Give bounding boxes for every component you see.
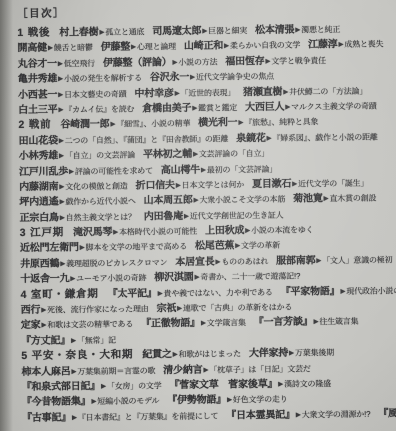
arrow-icon: ▶: [340, 288, 345, 295]
arrow-icon: ▶: [283, 88, 288, 95]
arrow-icon: ▶: [227, 397, 232, 404]
arrow-icon: ▶: [91, 398, 96, 405]
entry-name: 『日本霊異記』: [226, 409, 295, 421]
entry-desc: ユーモア小説の奇跡: [76, 274, 146, 284]
entry-desc: 低空飛行: [64, 59, 95, 68]
arrow-icon: ▶: [190, 74, 195, 81]
arrow-icon: ▶: [289, 350, 294, 357]
arrow-icon: ▶: [265, 58, 270, 65]
arrow-icon: ▶: [193, 151, 198, 158]
arrow-icon: ▶: [60, 260, 65, 267]
entry-name: 伊藤整: [101, 42, 131, 53]
arrow-icon: ▶: [58, 60, 63, 67]
arrow-icon: ▶: [71, 337, 76, 344]
toc-entry: 菊池寛▶直木賞の創設: [293, 188, 376, 206]
entry-desc: 日本文藝史の奇蹟: [64, 89, 127, 99]
entry-name: 坪内逍遙: [19, 197, 58, 208]
entry-desc: 和歌がはじまった: [178, 349, 241, 359]
arrow-icon: ▶: [110, 121, 115, 128]
arrow-icon: ▶: [59, 153, 64, 160]
entry-desc: 大衆文学の淵源か!?: [302, 409, 371, 419]
arrow-icon: ▶: [176, 182, 181, 189]
arrow-icon: ▶: [48, 45, 53, 52]
arrow-icon: ▶: [203, 366, 208, 373]
entry-desc: 文化の模倣と創造: [65, 182, 128, 192]
entry-name: 平林初之輔: [143, 149, 192, 161]
arrow-icon: ▶: [113, 229, 118, 236]
entry-name: 定家: [21, 320, 41, 331]
arrow-icon: ▶: [339, 41, 344, 48]
arrow-icon: ▶: [177, 305, 182, 312]
entry-desc: 「文人」意識の極初: [322, 255, 392, 265]
arrow-icon: ▶: [131, 44, 136, 51]
arrow-icon: ▶: [235, 243, 240, 250]
arrow-icon: ▶: [194, 197, 199, 204]
entry-desc: 近代文学論争史の焦点: [196, 72, 274, 82]
entry-name: 白土三平: [18, 104, 57, 115]
entry-name: 菊池寛: [293, 194, 323, 205]
toc-entry: 『方丈記』▶「無常」記: [21, 330, 116, 348]
entry-desc: 最初の「文芸評論」: [207, 164, 277, 174]
entry-name: 『風土記』: [378, 408, 396, 420]
arrow-icon: ▶: [215, 258, 220, 265]
entry-name: 大伴家持: [249, 348, 288, 359]
arrow-icon: ▶: [175, 90, 180, 97]
arrow-icon: ▶: [158, 290, 163, 297]
arrow-icon: ▶: [71, 368, 76, 375]
entry-desc: 孤立と通底: [105, 27, 144, 36]
arrow-icon: ▶: [70, 276, 75, 283]
arrow-icon: ▶: [195, 274, 200, 281]
arrow-icon: ▶: [192, 105, 197, 112]
arrow-icon: ▶: [295, 27, 300, 34]
arrow-icon: ▶: [59, 137, 64, 144]
arrow-icon: ▶: [267, 135, 272, 142]
arrow-icon: ▶: [296, 411, 301, 418]
entry-desc: 成熟と喪失: [344, 40, 383, 49]
entry-desc: 濁悪と純正: [301, 25, 340, 34]
entry-desc: 短編小説のモデル: [97, 397, 159, 407]
arrow-icon: ▶: [201, 320, 206, 327]
arrow-icon: ▶: [58, 91, 63, 98]
entry-name: 紀貫之: [142, 349, 172, 360]
entry-desc: 「自立」の文芸評論: [65, 151, 135, 161]
arrow-icon: ▶: [292, 180, 297, 187]
entry-name: 谷沢永一: [150, 72, 189, 83]
entry-desc: 文学箴言集: [207, 319, 246, 328]
arrow-icon: ▶: [245, 227, 250, 234]
entry-desc: 『細雪』、小説の精華: [116, 119, 190, 129]
arrow-icon: ▶: [201, 166, 206, 173]
entry-desc: 「女房」の文学: [107, 381, 162, 391]
entry-desc: 好色文学の走り: [233, 395, 288, 405]
entry-desc: 万葉集前期＝言霊の歌: [77, 366, 155, 376]
entry-desc: 往生箴言集: [319, 317, 358, 326]
entry-name: 開高健: [17, 43, 47, 54]
toc-entry: 『日本霊異記』▶大衆文学の淵源か!?: [226, 403, 370, 422]
entry-desc: 日本文学とは何か: [182, 180, 245, 190]
entry-desc: 奇書か、二十一歳で遊蕩記!?: [200, 272, 300, 282]
entry-name: 横光利一: [198, 118, 237, 129]
arrow-icon: ▶: [224, 43, 229, 50]
entry-desc: 自然主義文学とは？: [66, 212, 136, 222]
entry-desc: 文学の革新: [241, 241, 280, 250]
entry-desc: 万葉集後期: [295, 348, 334, 357]
toc-entry: 『正徹物語』▶文学箴言集: [141, 313, 246, 331]
entry-desc: 巨器と細実: [208, 26, 247, 35]
entry-desc: 漢詩文の隆盛: [284, 379, 331, 389]
arrow-icon: ▶: [202, 28, 207, 35]
arrow-icon: ▶: [278, 381, 283, 388]
entry-desc: 小説の発生を解析する: [64, 74, 142, 84]
table-of-contents: ［目次］ 1 戦後村上春樹▶孤立と通底司馬遼太郎▶巨器と細実松本清張▶濁悪と純正…: [17, 1, 396, 424]
arrow-icon: ▶: [172, 59, 177, 66]
entry-desc: 文芸評論の「自立」: [199, 149, 269, 159]
entry-name: 『正徹物語』: [141, 318, 200, 330]
entry-name: 正宗白鳥: [20, 212, 59, 223]
entry-desc: マルクス主義文学の奇蹟: [291, 102, 377, 112]
toc-lines: 1 戦後村上春樹▶孤立と通底司馬遼太郎▶巨器と細実松本清張▶濁悪と純正開高健▶饒…: [17, 19, 396, 424]
entry-desc: 脚本を文学の地平まで高める: [86, 242, 188, 252]
toc-entry: 江藤淳▶成熟と喪失: [308, 34, 383, 52]
entry-name: 江藤淳: [308, 39, 338, 50]
entry-name: 小林秀雄: [19, 151, 58, 162]
arrow-icon: ▶: [285, 104, 290, 111]
entry-desc: 饒舌と暗鬱: [54, 43, 93, 52]
arrow-icon: ▶: [58, 76, 63, 83]
book-page-photo: ［目次］ 1 戦後村上春樹▶孤立と通底司馬遼太郎▶巨器と細実松本清張▶濁悪と純正…: [0, 0, 396, 431]
entry-desc: 「近世的表現」: [180, 88, 235, 98]
arrow-icon: ▶: [72, 414, 77, 421]
arrow-icon: ▶: [59, 183, 64, 190]
section-label: 2 戦前: [18, 119, 51, 131]
entry-desc: 『カムイ伝』を読む: [64, 105, 134, 115]
arrow-icon: ▶: [238, 120, 243, 127]
entry-desc: 直木賞の創設: [329, 194, 376, 204]
toc-entry: 『古事記』▶『日本書紀』と『万葉集』を前提にして: [22, 405, 218, 424]
toc-entry: 『風土記』: [378, 403, 396, 421]
entry-desc: 井伏鱒二の「方法論」: [289, 86, 367, 96]
entry-desc: 戯作から近代小説へ: [65, 197, 135, 207]
entry-desc: 小説の本流をゆく: [251, 225, 314, 235]
arrow-icon: ▶: [41, 307, 46, 314]
entry-desc: 『旅愁』、純粋と具象: [244, 118, 318, 128]
entry-desc: 近代文学の「誕生」: [298, 179, 368, 189]
entry-name: 『古事記』: [22, 412, 71, 424]
entry-name: 『一言芳談』: [254, 317, 313, 329]
arrow-icon: ▶: [58, 106, 63, 113]
arrow-icon: ▶: [69, 168, 74, 175]
entry-name: 亀井秀雄: [18, 74, 57, 85]
arrow-icon: ▶: [99, 29, 104, 36]
entry-name: 十返舎一九: [20, 274, 69, 286]
entry-desc: 死後、流行作家になった理由: [47, 304, 149, 314]
toc-entry: 『一言芳談』▶往生箴言集: [254, 311, 359, 329]
arrow-icon: ▶: [60, 214, 65, 221]
entry-name: 柳沢淇園: [154, 272, 193, 283]
entry-desc: 心理と論理: [137, 42, 176, 51]
arrow-icon: ▶: [324, 196, 329, 203]
entry-name: 『平家物語』: [281, 286, 340, 298]
entry-desc: 柔らかい自我の文学: [230, 41, 300, 51]
entry-desc: 小説の方法: [178, 57, 217, 66]
arrow-icon: ▶: [173, 351, 178, 358]
toc-entry: 『平家物語』▶現代政治小説の登場: [281, 280, 396, 299]
arrow-icon: ▶: [316, 257, 321, 264]
entry-desc: 本格時代小説の可能性: [119, 227, 197, 237]
entry-desc: 文学と戦争責任: [271, 56, 326, 66]
entry-desc: 『日本書紀』と『万葉集』を前提にして: [78, 411, 219, 422]
entry-desc: 大衆小説こそ文学の本筋: [199, 195, 285, 205]
toc-line: 『古事記』▶『日本書紀』と『万葉集』を前提にして『日本霊異記』▶大衆文学の淵源か…: [22, 404, 396, 424]
toc-heading: ［目次］: [17, 1, 393, 21]
entry-desc: 和歌は文芸の精華である: [47, 320, 133, 330]
arrow-icon: ▶: [41, 322, 46, 329]
entry-desc: 『婦系図』、戯作と小説の距離: [272, 132, 377, 142]
arrow-icon: ▶: [60, 199, 65, 206]
entry-desc: 義理超脱のピカレスクロマン: [66, 258, 167, 268]
arrow-icon: ▶: [101, 383, 106, 390]
entry-desc: もののあはれ: [221, 257, 268, 267]
arrow-icon: ▶: [80, 245, 85, 252]
entry-desc: 評論の可能性を求めて: [75, 166, 153, 176]
entry-name: 『方丈記』: [21, 335, 70, 347]
entry-desc: 鑑賞と鑑定: [198, 103, 237, 112]
arrow-icon: ▶: [314, 319, 319, 326]
entry-desc: 現代政治小説の登場: [346, 286, 396, 296]
entry-desc: 「無常」記: [77, 336, 116, 345]
arrow-icon: ▶: [184, 213, 189, 220]
